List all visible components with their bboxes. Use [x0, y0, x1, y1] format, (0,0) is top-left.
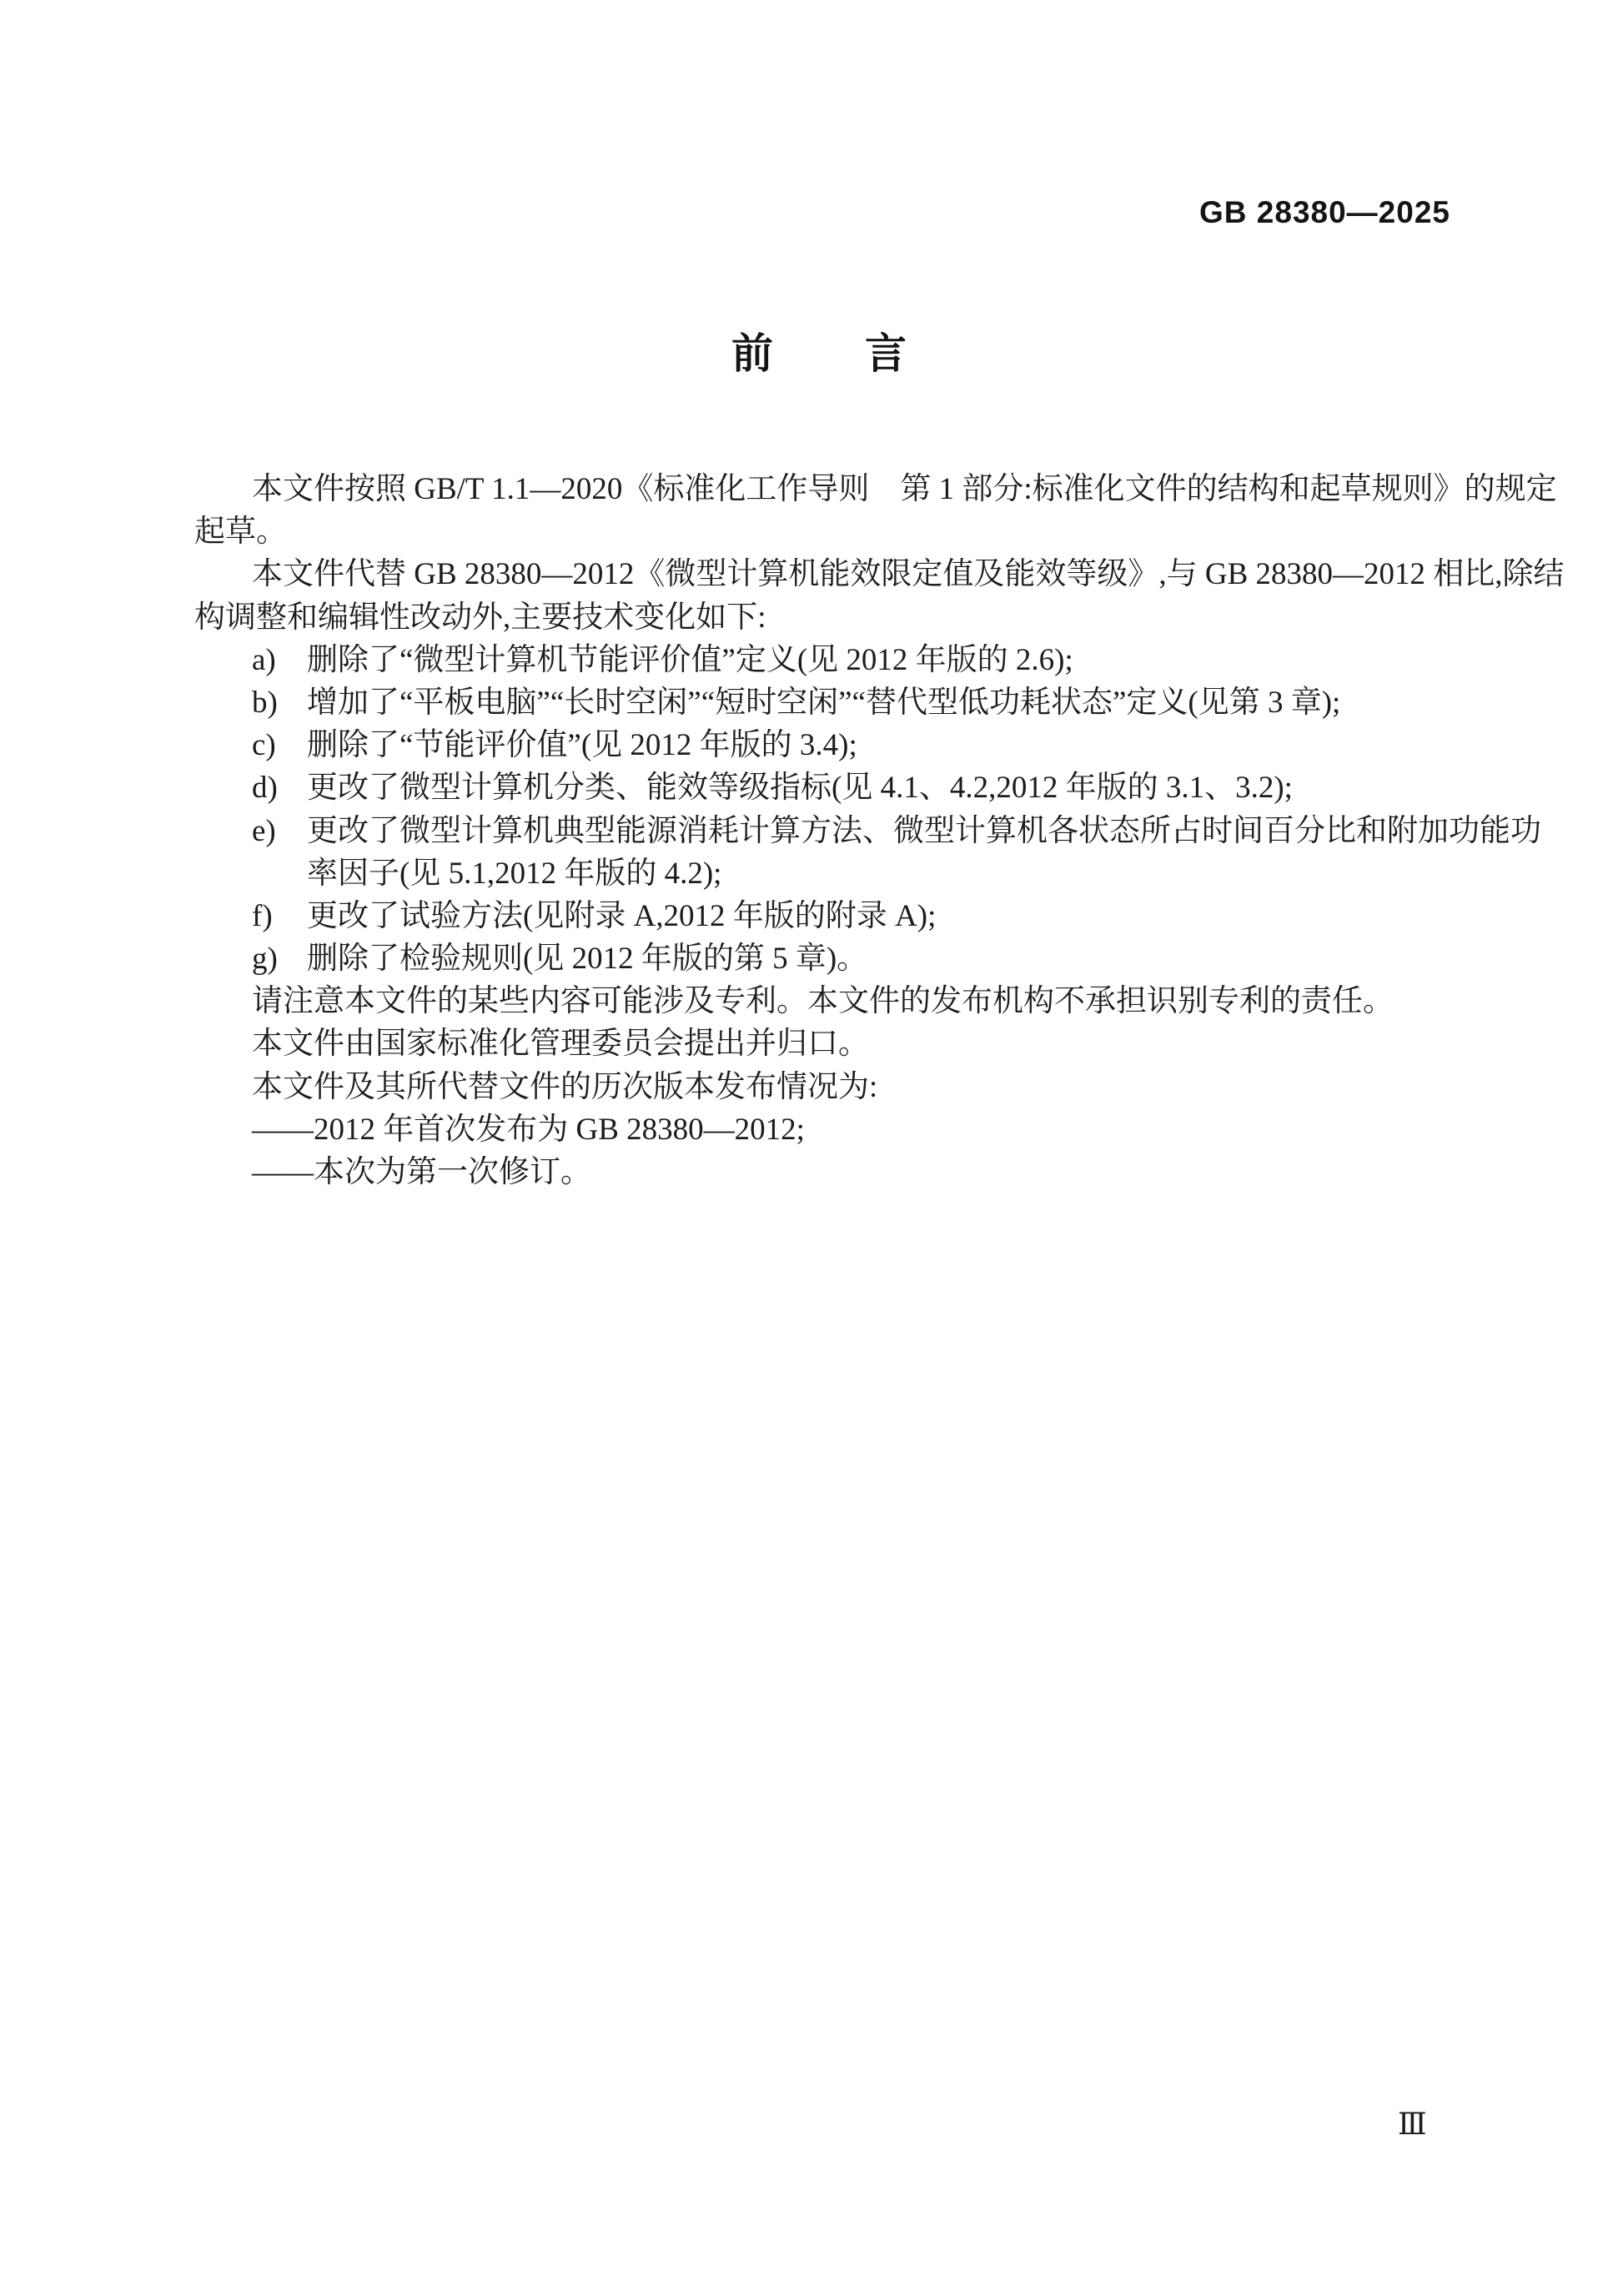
- foreword-title: 前 言: [194, 333, 1444, 374]
- paragraph-line: 构调整和编辑性改动外,主要技术变化如下:: [194, 596, 1444, 639]
- issuing-body-line: 本文件由国家标准化管理委员会提出并归口。: [194, 1022, 1444, 1065]
- list-marker: d): [252, 766, 278, 809]
- foreword-title-char-1: 前: [731, 333, 773, 374]
- list-marker: a): [252, 639, 276, 681]
- list-text: 更改了微型计算机典型能源消耗计算方法、微型计算机各状态所占时间百分比和附加功能功: [194, 810, 1541, 852]
- history-entry-revision: ——本次为第一次修订。: [194, 1151, 1444, 1193]
- change-item-f: f) 更改了试验方法(见附录 A,2012 年版的附录 A);: [194, 895, 1444, 937]
- document-page: GB 28380—2025 前 言 本文件按照 GB/T 1.1—2020《标准…: [0, 0, 1623, 2296]
- paragraph-line: 本文件按照 GB/T 1.1—2020《标准化工作导则 第 1 部分:标准化文件…: [194, 468, 1444, 510]
- change-item-d: d) 更改了微型计算机分类、能效等级指标(见 4.1、4.2,2012 年版的 …: [194, 766, 1444, 809]
- paragraph-line: 本文件代替 GB 28380—2012《微型计算机能效限定值及能效等级》,与 G…: [194, 553, 1444, 595]
- list-text: 增加了“平板电脑”“长时空闲”“短时空闲”“替代型低功耗状态”定义(见第 3 章…: [194, 681, 1340, 724]
- history-entry-2012: ——2012 年首次发布为 GB 28380—2012;: [194, 1108, 1444, 1151]
- list-text: 更改了微型计算机分类、能效等级指标(见 4.1、4.2,2012 年版的 3.1…: [194, 766, 1293, 809]
- list-marker: f): [252, 895, 273, 937]
- list-marker: e): [252, 810, 276, 852]
- standard-code: GB 28380—2025: [1199, 195, 1450, 230]
- change-item-a: a) 删除了“微型计算机节能评价值”定义(见 2012 年版的 2.6);: [194, 639, 1444, 681]
- change-item-c: c) 删除了“节能评价值”(见 2012 年版的 3.4);: [194, 724, 1444, 766]
- change-item-e-continuation: 率因子(见 5.1,2012 年版的 4.2);: [194, 852, 1444, 895]
- change-item-e: e) 更改了微型计算机典型能源消耗计算方法、微型计算机各状态所占时间百分比和附加…: [194, 810, 1444, 852]
- list-text: 删除了“微型计算机节能评价值”定义(见 2012 年版的 2.6);: [194, 639, 1073, 681]
- list-marker: b): [252, 681, 278, 724]
- foreword-title-char-2: 言: [865, 333, 907, 374]
- page-number: Ⅲ: [1398, 2107, 1427, 2142]
- list-text: 更改了试验方法(见附录 A,2012 年版的附录 A);: [194, 895, 936, 937]
- paragraph-line: 起草。: [194, 510, 1444, 553]
- change-item-g: g) 删除了检验规则(见 2012 年版的第 5 章)。: [194, 937, 1444, 980]
- list-marker: g): [252, 937, 278, 980]
- change-item-b: b) 增加了“平板电脑”“长时空闲”“短时空闲”“替代型低功耗状态”定义(见第 …: [194, 681, 1444, 724]
- list-marker: c): [252, 724, 276, 766]
- foreword-body: 本文件按照 GB/T 1.1—2020《标准化工作导则 第 1 部分:标准化文件…: [194, 468, 1444, 1193]
- patent-notice-line: 请注意本文件的某些内容可能涉及专利。本文件的发布机构不承担识别专利的责任。: [194, 980, 1444, 1022]
- list-text: 删除了检验规则(见 2012 年版的第 5 章)。: [194, 937, 867, 980]
- history-intro-line: 本文件及其所代替文件的历次版本发布情况为:: [194, 1066, 1444, 1108]
- list-text: 删除了“节能评价值”(见 2012 年版的 3.4);: [194, 724, 857, 766]
